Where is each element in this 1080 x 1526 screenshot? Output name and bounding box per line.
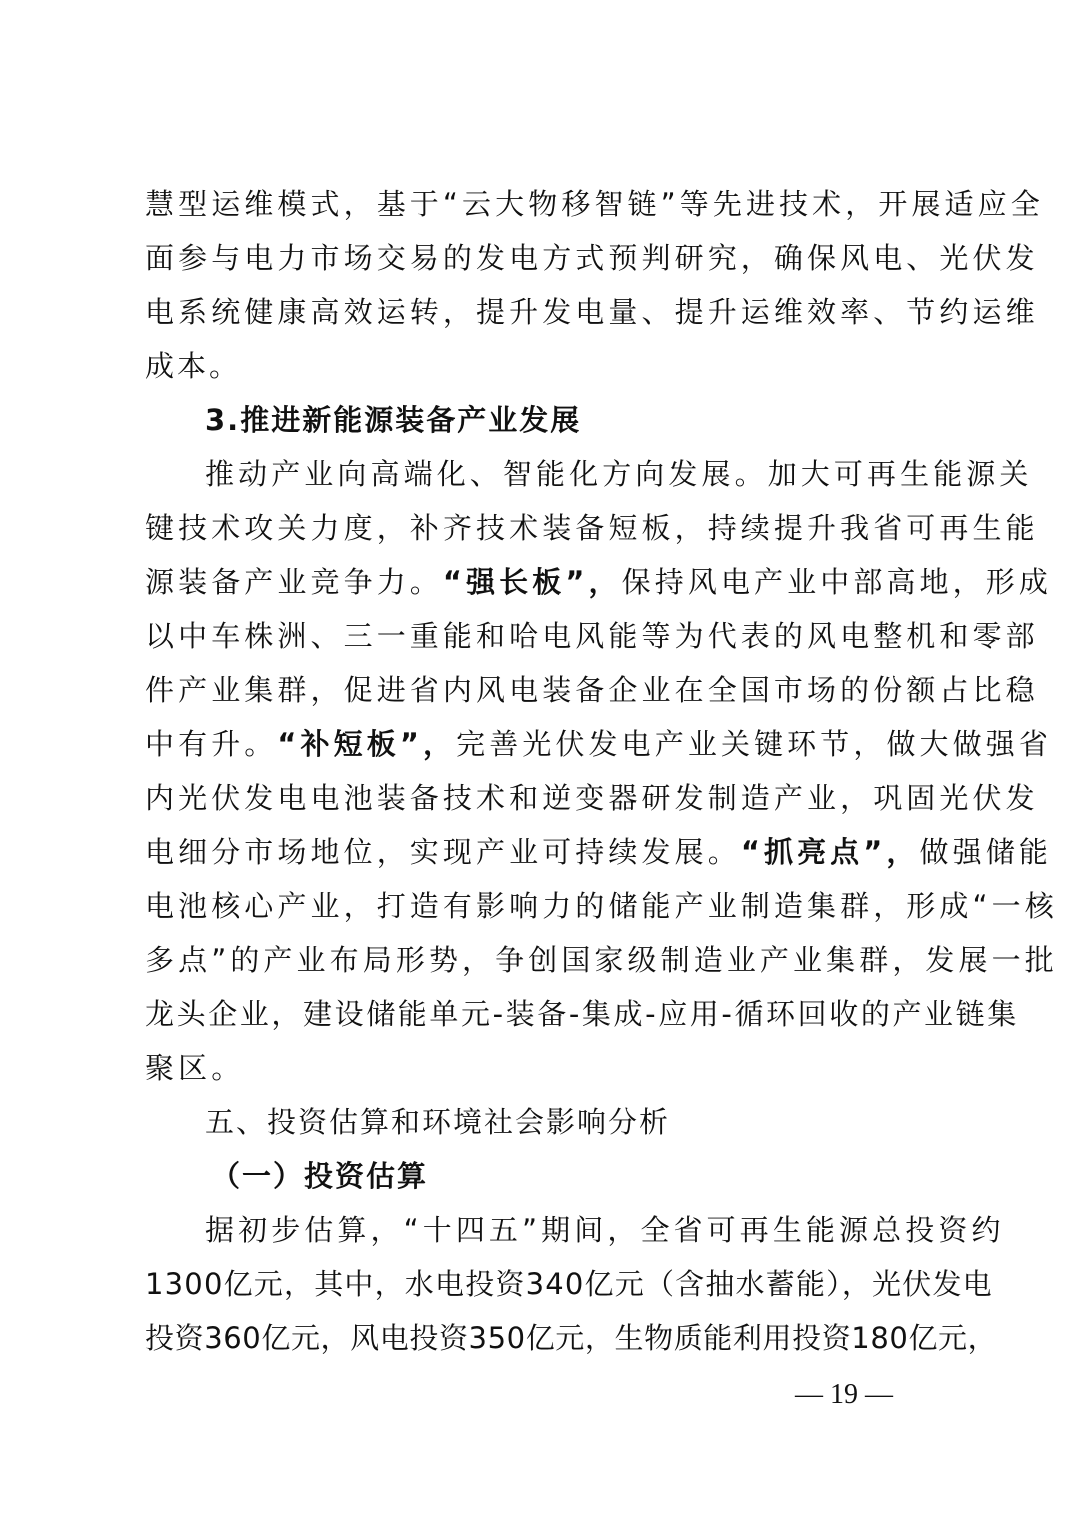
emphasis-text: “抓亮点”， [741, 835, 920, 869]
emphasis-text: “强长板”， [443, 565, 622, 599]
text-run: 中有升。 [145, 727, 277, 761]
text-run: 完善光伏发电产业关键环节，做大做强省 [456, 727, 1052, 761]
paragraph-line: 内光伏发电电池装备技术和逆变器研发制造产业，巩固光伏发 [145, 778, 1039, 818]
paragraph-line: 推动产业向高端化、智能化方向发展。加大可再生能源关 [205, 454, 1033, 494]
paragraph-line: 成本。 [145, 346, 241, 386]
paragraph-line: 源装备产业竞争力。“强长板”，保持风电产业中部高地，形成 [145, 562, 1052, 602]
text-run: 电细分市场地位，实现产业可持续发展。 [145, 835, 741, 869]
text-run: 保持风电产业中部高地，形成 [622, 565, 1052, 599]
text-run: 做强储能 [920, 835, 1052, 869]
paragraph-line: 键技术攻关力度，补齐技术装备短板，持续提升我省可再生能 [145, 508, 1039, 548]
paragraph-line: 慧型运维模式，基于“云大物移智链”等先进技术，开展适应全 [145, 184, 1044, 224]
paragraph-line: 龙头企业，建设储能单元-装备-集成-应用-循环回收的产业链集 [145, 994, 1019, 1034]
paragraph-line: 以中车株洲、三一重能和哈电风能等为代表的风电整机和零部 [145, 616, 1039, 656]
paragraph-line: 据初步估算，“十四五”期间，全省可再生能源总投资约 [205, 1210, 1005, 1250]
subheading-3: 3.推进新能源装备产业发展 [205, 400, 581, 440]
paragraph-line: 电系统健康高效运转，提升发电量、提升运维效率、节约运维 [145, 292, 1039, 332]
paragraph-line: 电细分市场地位，实现产业可持续发展。“抓亮点”，做强储能 [145, 832, 1052, 872]
emphasis-text: “补短板”， [277, 727, 456, 761]
paragraph-line: 投资360亿元，风电投资350亿元，生物质能利用投资180亿元， [145, 1318, 997, 1358]
paragraph-line: 电池核心产业，打造有影响力的储能产业制造集群，形成“一核 [145, 886, 1058, 926]
paragraph-line: 聚区。 [145, 1048, 244, 1088]
subsection-heading: （一）投资估算 [211, 1156, 428, 1196]
paragraph-line: 面参与电力市场交易的发电方式预判研究，确保风电、光伏发 [145, 238, 1039, 278]
section-heading: 五、投资估算和环境社会影响分析 [205, 1102, 670, 1142]
page-number: — 19 — [795, 1377, 893, 1413]
paragraph-line: 中有升。“补短板”，完善光伏发电产业关键环节，做大做强省 [145, 724, 1052, 764]
paragraph-line: 件产业集群，促进省内风电装备企业在全国市场的份额占比稳 [145, 670, 1039, 710]
paragraph-line: 多点”的产业布局形势，争创国家级制造业产业集群，发展一批 [145, 940, 1058, 980]
text-run: 源装备产业竞争力。 [145, 565, 443, 599]
paragraph-line: 1300亿元，其中，水电投资340亿元（含抽水蓄能），光伏发电 [145, 1264, 993, 1304]
